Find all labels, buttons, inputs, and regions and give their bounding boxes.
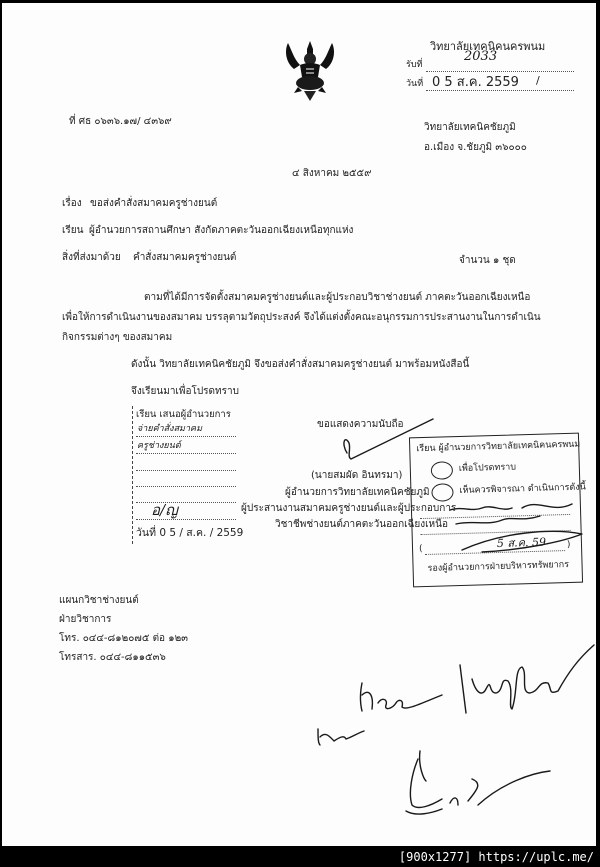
body-para1-line3: กิจกรรมต่างๆ ของสมาคม <box>62 332 172 344</box>
recipient-text: ผู้อำนวยการสถานศึกษา สังกัดภาคตะวันออกเฉ… <box>89 225 353 237</box>
enclosure-quantity: จำนวน ๑ ชุด <box>459 255 516 267</box>
document-page: วิทยาลัยเทคนิคนครพนม รับที่ 2033 วันที่ … <box>2 3 596 846</box>
enclosure-text: คำสั่งสมาคมครูช่างยนต์ <box>133 252 236 264</box>
receive-date-value: 0 5 ส.ค. 2559 <box>432 75 519 90</box>
body-para1-line1: ตามที่ได้มีการจัดตั้งสมาคมครูช่างยนต์และ… <box>144 292 530 304</box>
memo-note: เรียน เสนอผู้อำนวยการ จ่ายคำสั่งสมาคม คร… <box>132 406 243 544</box>
memo-handwritten-line2: ครูช่างยนต์ <box>137 441 181 452</box>
body-para1-line2: เพื่อให้การดำเนินงานของสมาคม บรรลุตามวัต… <box>62 312 541 324</box>
receive-no-label: รับที่ <box>406 60 422 71</box>
enclosure-label: สิ่งที่ส่งมาด้วย <box>62 252 121 264</box>
footer-phone: โทร. ๐๔๔-๘๑๒๐๗๕ ต่อ ๑๒๓ <box>59 633 188 645</box>
memo-heading: เรียน เสนอผู้อำนวยการ <box>136 409 231 420</box>
subject-text: ขอส่งคำสั่งสมาคมครูช่างยนต์ <box>90 198 217 210</box>
signer-title1: ผู้อำนวยการวิทยาลัยเทคนิคชัยภูมิ <box>285 487 430 499</box>
signer-name: (นายสมผัด อินทรมา) <box>311 470 402 482</box>
memo-date: วันที่ 0 5 / ส.ค. / 2559 <box>136 527 243 539</box>
memo-initials: อ/ญ <box>151 502 178 519</box>
garuda-emblem-icon <box>282 37 338 103</box>
handwritten-signatures-icon <box>282 633 596 833</box>
document-number: ที่ ศธ ๐๖๓๖.๑๗/ ๔๓๖๙ <box>69 116 172 128</box>
approval-heading: เรียน ผู้อำนวยการวิทยาลัยเทคนิคนครพนม <box>416 440 580 456</box>
sender-address: อ.เมือง จ.ชัยภูมิ ๓๖๐๐๐ <box>424 142 527 154</box>
handwritten-note-icon <box>442 468 592 558</box>
approval-signer-title: รองผู้อำนวยการฝ่ายบริหารทรัพยากร <box>427 560 569 575</box>
recipient-label: เรียน <box>62 225 83 237</box>
document-date: ๔ สิงหาคม ๒๕๕๙ <box>292 168 371 180</box>
footer-fax: โทรสาร. ๐๔๔-๘๑๑๕๓๖ <box>59 652 166 664</box>
footer-division: ฝ่ายวิชาการ <box>59 614 111 626</box>
subject-label: เรื่อง <box>62 198 82 210</box>
closing-request: จึงเรียนมาเพื่อโปรดทราบ <box>131 386 239 398</box>
sender-org: วิทยาลัยเทคนิคชัยภูมิ <box>424 122 516 134</box>
memo-handwritten-line1: จ่ายคำสั่งสมาคม <box>137 424 202 435</box>
footer-department: แผนกวิชาช่างยนต์ <box>59 595 139 607</box>
body-para2: ดังนั้น วิทยาลัยเทคนิคชัยภูมิ จึงขอส่งคำ… <box>131 359 469 371</box>
receive-date-label: วันที่ <box>406 79 423 90</box>
receive-no-value: 2033 <box>464 51 497 63</box>
watermark: [900x1277] https://uplc.me/ <box>399 849 594 865</box>
